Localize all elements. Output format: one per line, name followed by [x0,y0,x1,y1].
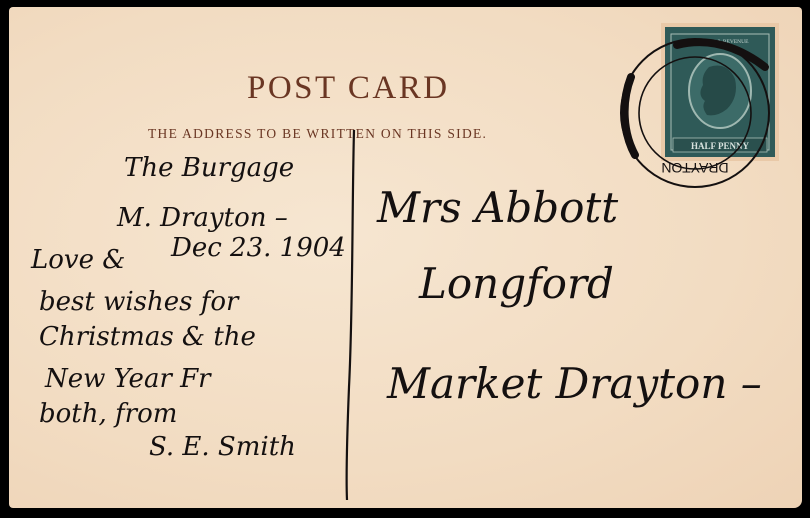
stamp-area: HALF PENNY POSTAGE & REVENUE DRAYTON [9,7,802,508]
postcard: POST CARD THE ADDRESS TO BE WRITTEN ON T… [9,7,802,508]
postmark-town: DRAYTON [661,160,728,176]
